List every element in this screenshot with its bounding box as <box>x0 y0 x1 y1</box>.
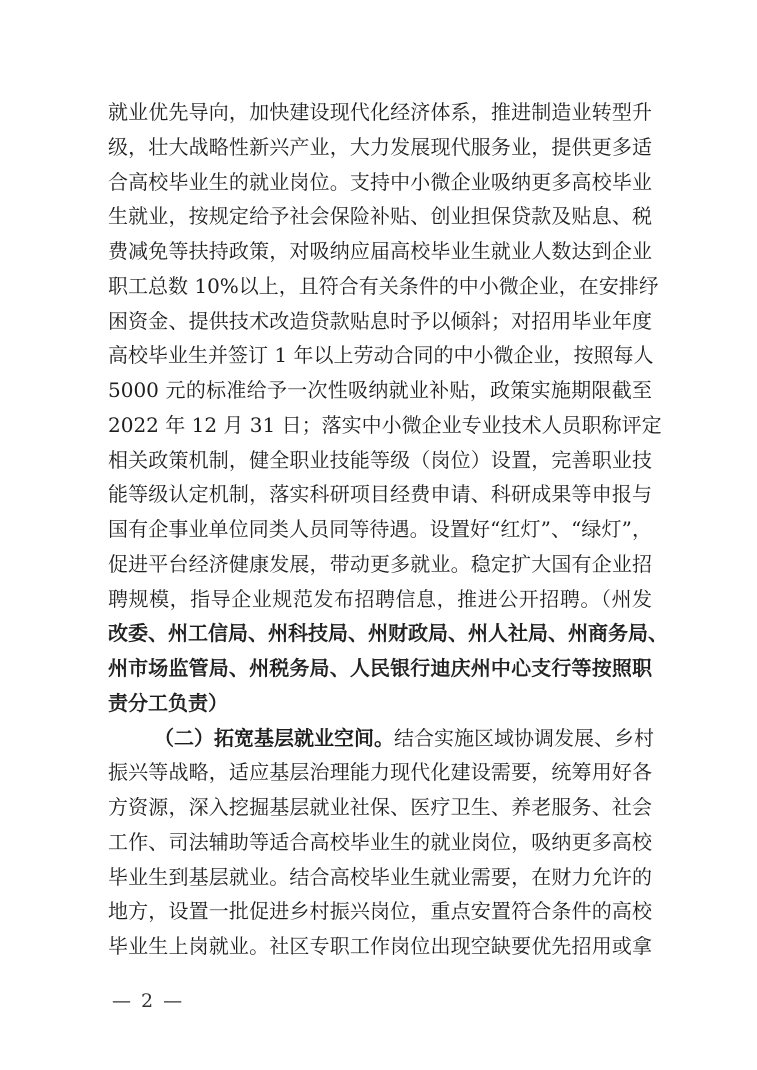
body-text: 就业优先导向，加快建设现代化经济体系，推进制造业转型升 级，壮大战略性新兴产业，… <box>108 98 652 967</box>
text-line: 方资源，深入挖掘基层就业社保、医疗卫生、养老服务、社会 <box>108 793 652 828</box>
text-line: 生就业，按规定给予社会保险补贴、创业担保贷款及贴息、税 <box>108 202 652 237</box>
text-line: 5000 元的标准给予一次性吸纳就业补贴，政策实施期限截至 <box>108 376 652 411</box>
text-line: 级，壮大战略性新兴产业，大力发展现代服务业，提供更多适 <box>108 133 652 168</box>
text-line: 聘规模，指导企业规范发布招聘信息，推进公开招聘。（州发 <box>108 585 652 620</box>
text-line: 合高校毕业生的就业岗位。支持中小微企业吸纳更多高校毕业 <box>108 168 652 203</box>
text-line: 费减免等扶持政策，对吸纳应届高校毕业生就业人数达到企业 <box>108 237 652 272</box>
section-heading-line: （二）拓宽基层就业空间。结合实施区域协调发展、乡村 <box>108 724 652 759</box>
text-line: 毕业生到基层就业。结合高校毕业生就业需要，在财力允许的 <box>108 863 652 898</box>
text-line: 相关政策机制，健全职业技能等级（岗位）设置，完善职业技 <box>108 446 652 481</box>
text-line: 毕业生上岗就业。社区专职工作岗位出现空缺要优先招用或拿 <box>108 932 652 967</box>
text-line: 职工总数 10%以上，且符合有关条件的中小微企业，在安排纾 <box>108 272 652 307</box>
responsibility-line: 改委、州工信局、州科技局、州财政局、州人社局、州商务局、 <box>108 619 652 654</box>
document-page: 就业优先导向，加快建设现代化经济体系，推进制造业转型升 级，壮大战略性新兴产业，… <box>0 0 757 1070</box>
responsibility-line: 州市场监管局、州税务局、人民银行迪庆州中心支行等按照职 <box>108 654 652 689</box>
responsibility-line: 责分工负责） <box>108 689 652 724</box>
text-line: 困资金、提供技术改造贷款贴息时予以倾斜；对招用毕业年度 <box>108 307 652 342</box>
text-line: 工作、司法辅助等适合高校毕业生的就业岗位，吸纳更多高校 <box>108 828 652 863</box>
text-line: 2022 年 12 月 31 日；落实中小微企业专业技术人员职称评定 <box>108 411 652 446</box>
page-number: — 2 — <box>112 990 184 1012</box>
text-line: 能等级认定机制，落实科研项目经费申请、科研成果等申报与 <box>108 480 652 515</box>
text-line: 高校毕业生并签订 1 年以上劳动合同的中小微企业，按照每人 <box>108 341 652 376</box>
section-first-line-text: 结合实施区域协调发展、乡村 <box>394 726 654 750</box>
text-line: 地方，设置一批促进乡村振兴岗位，重点安置符合条件的高校 <box>108 897 652 932</box>
text-line: 振兴等战略，适应基层治理能力现代化建设需要，统筹用好各 <box>108 758 652 793</box>
text-line: 国有企事业单位同类人员同等待遇。设置好“红灯”、“绿灯”， <box>108 515 652 550</box>
text-line: 促进平台经济健康发展，带动更多就业。稳定扩大国有企业招 <box>108 550 652 585</box>
section-heading: （二）拓宽基层就业空间。 <box>154 726 394 750</box>
text-line: 就业优先导向，加快建设现代化经济体系，推进制造业转型升 <box>108 98 652 133</box>
